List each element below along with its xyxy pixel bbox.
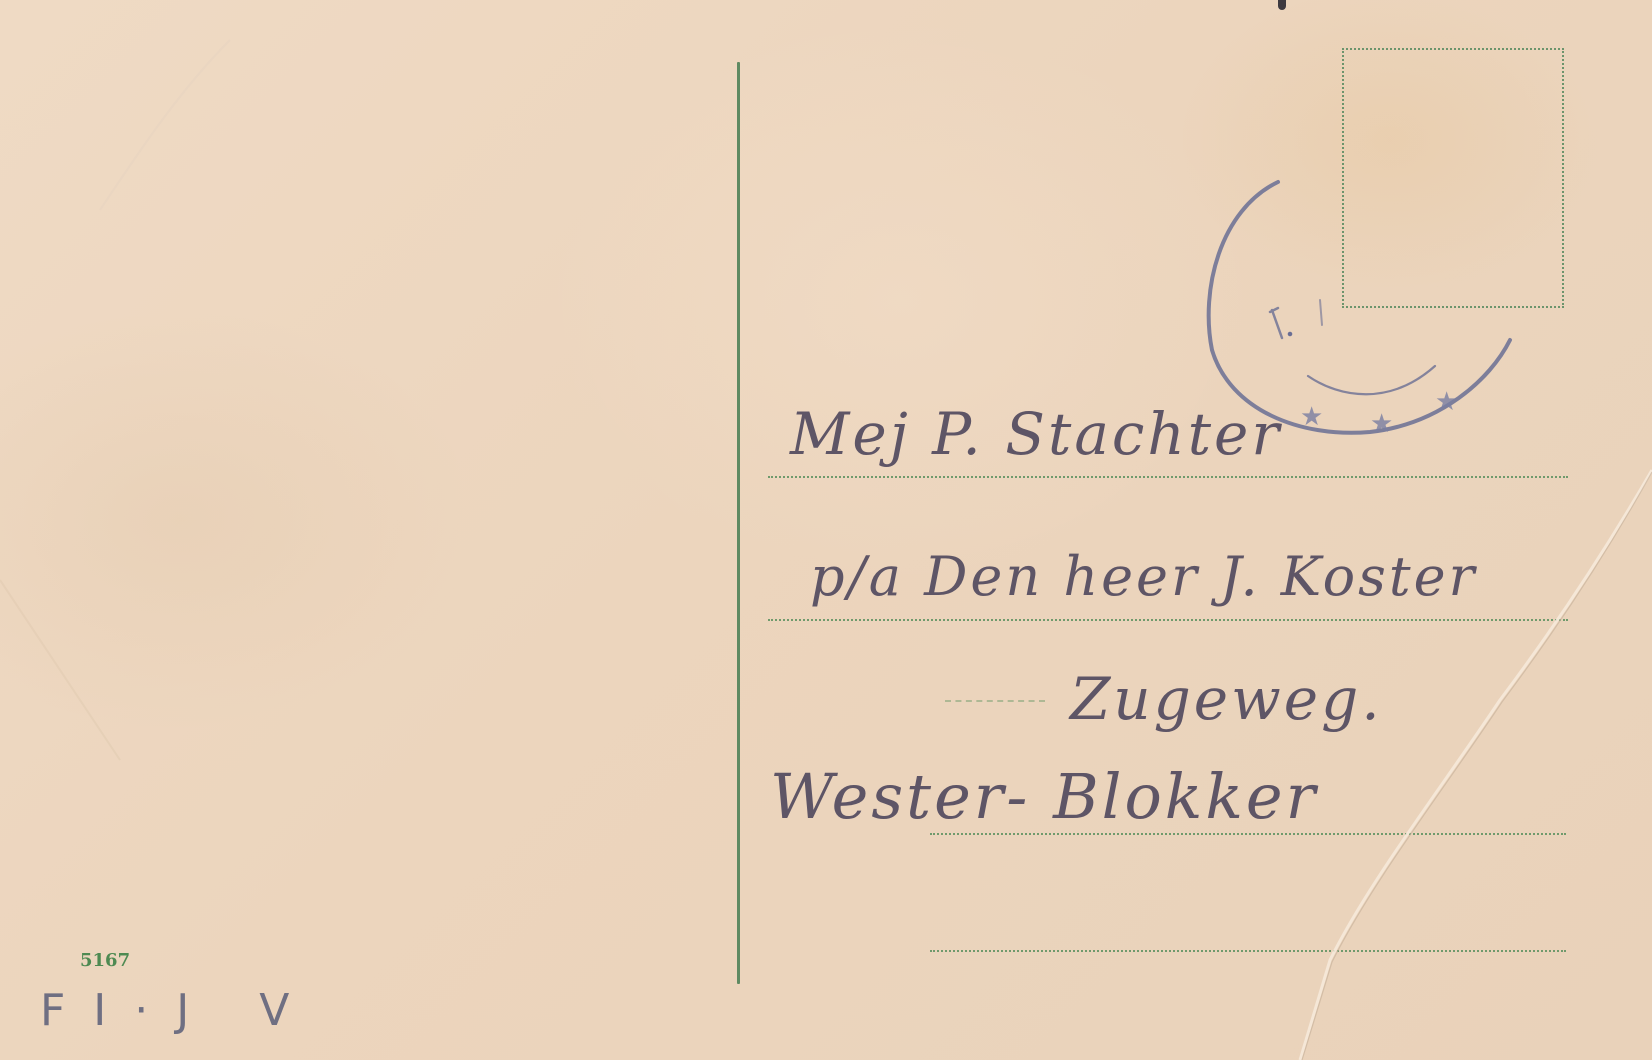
address-care-of: p/a Den heer J. Koster	[810, 545, 1477, 608]
address-street: Zugeweg.	[1070, 665, 1383, 733]
center-divider-line	[737, 62, 740, 984]
address-line-4	[930, 833, 1566, 835]
svg-text:★: ★	[1300, 402, 1323, 432]
address-line-5	[930, 950, 1566, 952]
pencil-inscription: FI·J V	[40, 985, 317, 1036]
address-line-1	[768, 476, 1568, 478]
svg-text:★: ★	[1435, 387, 1458, 417]
address-line-2	[768, 619, 1568, 621]
ink-spot	[1278, 0, 1286, 10]
address-town: Wester- Blokker	[770, 760, 1318, 833]
postcard-back: ★ ★ ★ Mej P. Stachter p/a Den heer J. Ko…	[0, 0, 1652, 1060]
address-recipient: Mej P. Stachter	[790, 400, 1282, 468]
print-number: 5167	[80, 950, 130, 971]
address-line-3-faded	[945, 700, 1045, 702]
svg-text:★: ★	[1370, 409, 1393, 439]
